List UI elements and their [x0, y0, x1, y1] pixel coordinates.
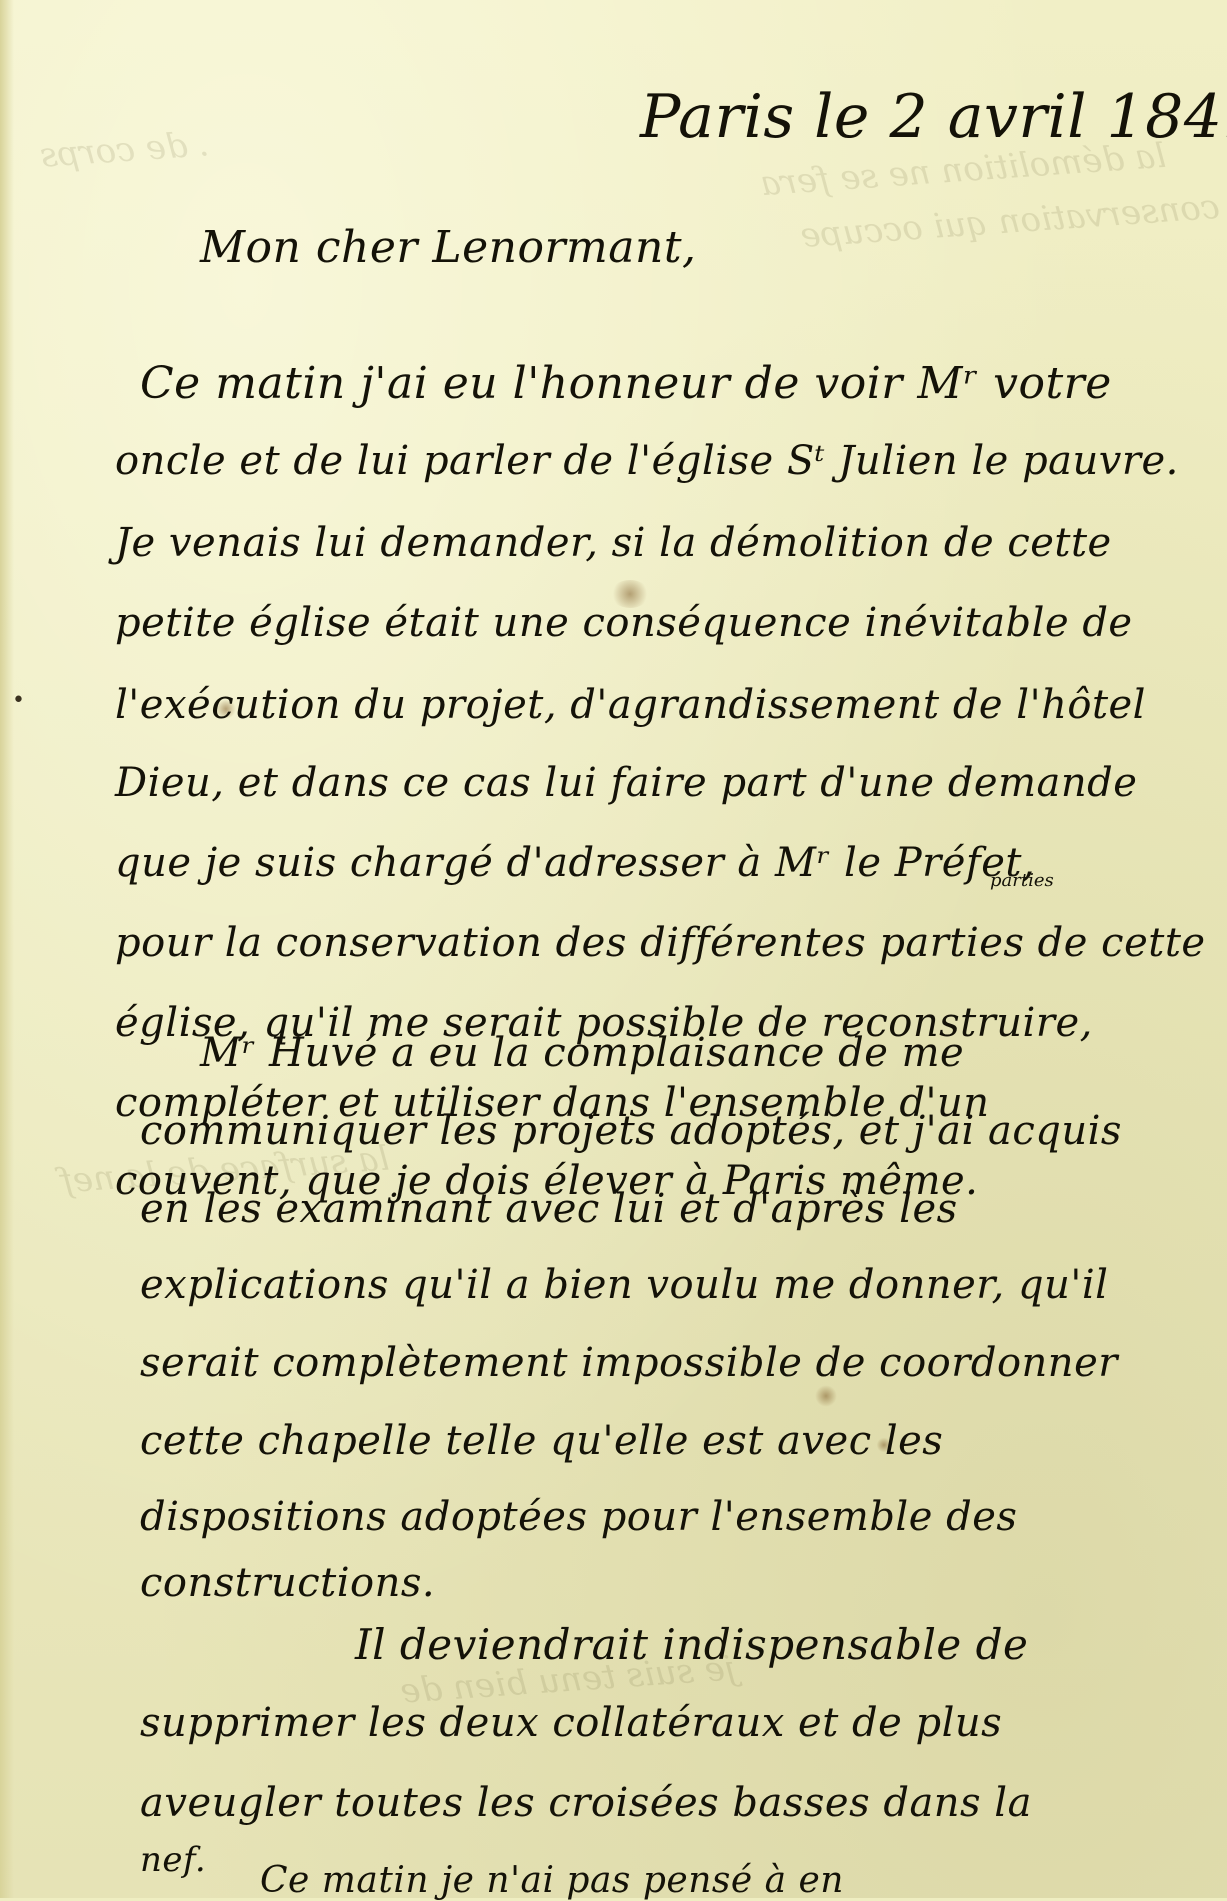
letter-line: pour la conservation des différentes par… — [115, 920, 1206, 966]
bleed-through-text: . de corps — [39, 124, 211, 176]
bleed-through-text: je suis tenu bien de — [399, 1648, 737, 1711]
letter-line: Ce matin j'ai eu l'honneur de voir Mʳ vo… — [140, 358, 1112, 409]
letter-line: Je venais lui demander, si la démolition… — [115, 520, 1112, 566]
letter-line: Dieu, et dans ce cas lui faire part d'un… — [115, 760, 1137, 806]
salutation: Mon cher Lenormant, — [200, 222, 697, 273]
interlinear-insertion: parties — [990, 870, 1054, 891]
letter-line: l'exécution du projet, d'agrandissement … — [115, 682, 1146, 728]
ink-stain — [815, 1385, 837, 1407]
letter-line: que je suis chargé d'adresser à Mʳ le Pr… — [115, 840, 1035, 886]
paper-edge — [0, 0, 14, 1898]
letter-line: compléter et utiliser dans l'ensemble d'… — [115, 1080, 990, 1126]
letter-line: petite église était une conséquence inév… — [115, 600, 1133, 646]
ink-stain — [877, 1437, 891, 1453]
dateline: Paris le 2 avril 1841. — [640, 82, 1227, 152]
letter-line: église, qu'il me serait possible de reco… — [115, 1000, 1093, 1046]
margin-dot: • — [12, 688, 25, 713]
letter-page: la démolition ne se fera la conservation… — [0, 0, 1227, 1898]
letter-line: oncle et de lui parler de l'église Sᵗ Ju… — [115, 438, 1179, 484]
letter-line: couvent, que je dois élever à Paris même… — [115, 1158, 978, 1204]
